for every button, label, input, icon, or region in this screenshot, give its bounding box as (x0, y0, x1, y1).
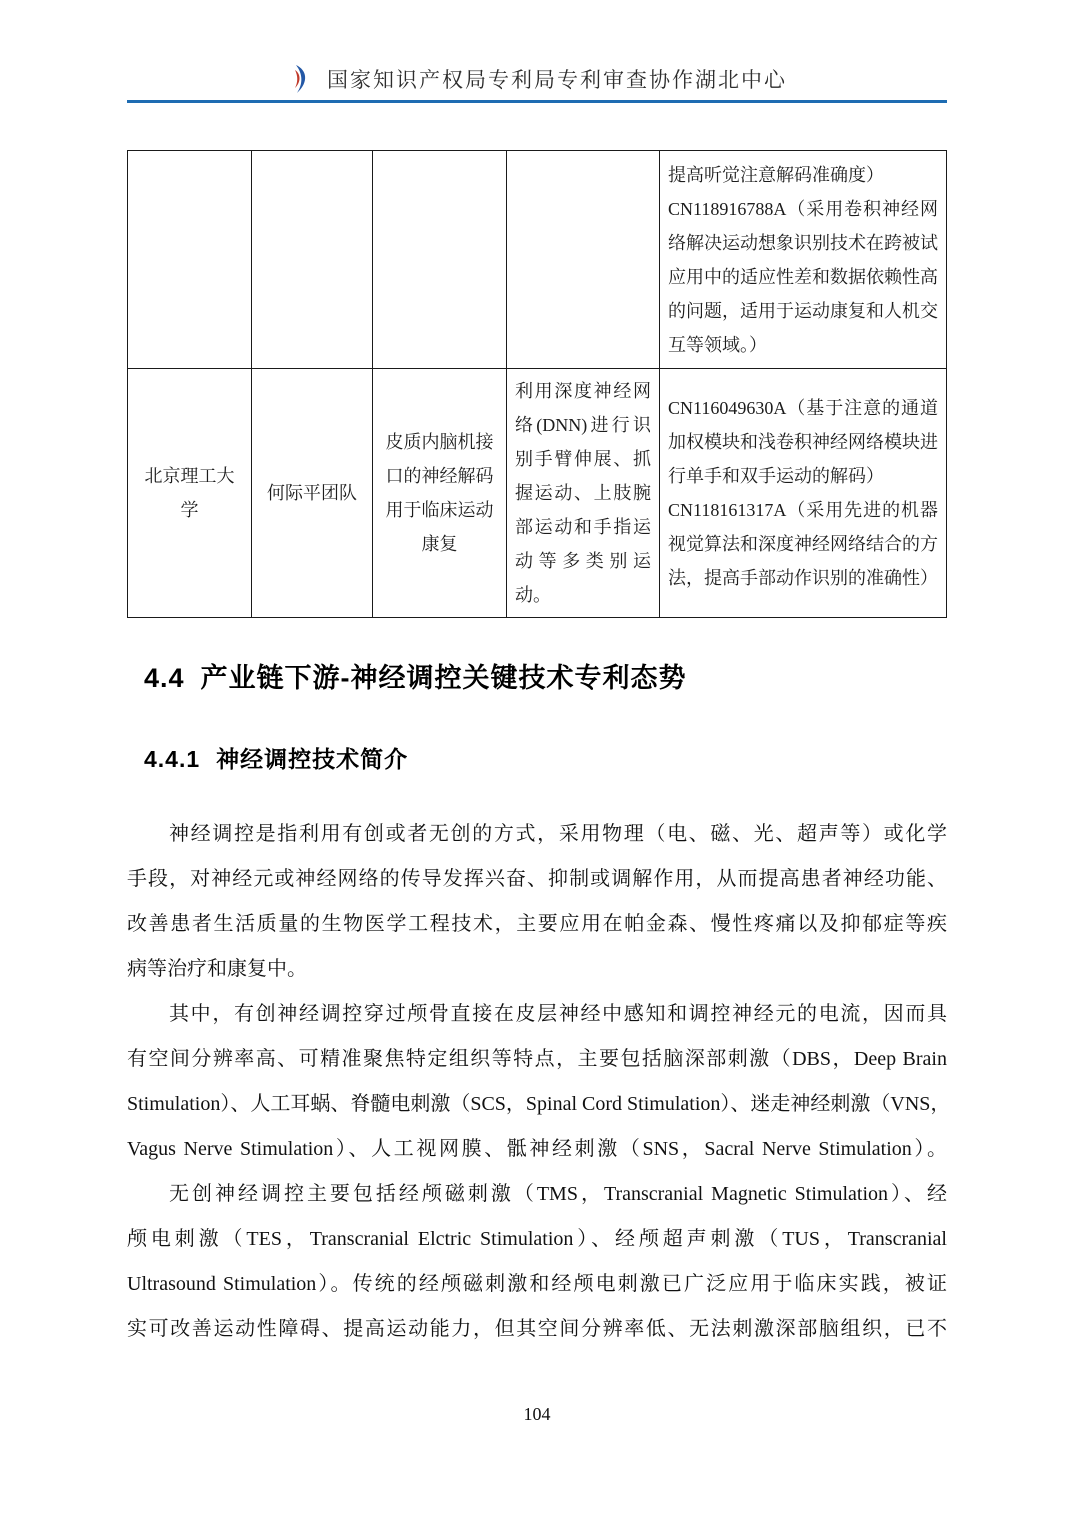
paragraph-line: 神经调控是指利用有创或者无创的方式，采用物理（电、磁、光、超声等）或化学 (127, 812, 947, 857)
paragraph-line: 手段，对神经元或神经网络的传导发挥兴奋、抑制或调解作用，从而提高患者神经功能、 (127, 857, 947, 902)
tech-cell (373, 151, 507, 369)
paragraph: 神经调控是指利用有创或者无创的方式，采用物理（电、磁、光、超声等）或化学 手段，… (127, 812, 947, 992)
tech-cell: 皮质内脑机接口的神经解码用于临床运动康复 (373, 369, 507, 618)
paragraph-line: 无创神经调控主要包括经颅磁刺激（TMS，Transcranial Magneti… (127, 1172, 947, 1217)
page-number: 104 (0, 1404, 1074, 1425)
section-title: 神经调控技术简介 (216, 746, 408, 772)
header-brand: 国家知识产权局专利局专利审查协作湖北中心 (127, 60, 947, 98)
section-number: 4.4 (144, 663, 185, 693)
paragraph-line: 其中，有创神经调控穿过颅骨直接在皮层神经中感知和调控神经元的电流，因而具 (127, 992, 947, 1037)
paragraph-line: Stimulation）、人工耳蜗、脊髓电刺激（SCS，Spinal Cord … (127, 1082, 947, 1127)
patents-cell: CN116049630A（基于注意的通道加权模块和浅卷积神经网络模块进行单手和双… (660, 369, 947, 618)
patent-entry: CN118161317A（采用先进的机器视觉算法和深度神经网络结合的方法，提高手… (668, 493, 938, 595)
team-cell (252, 151, 373, 369)
org-name: 国家知识产权局专利局专利审查协作湖北中心 (327, 64, 787, 94)
paragraph: 其中，有创神经调控穿过颅骨直接在皮层神经中感知和调控神经元的电流，因而具 有空间… (127, 992, 947, 1172)
paragraph-line: 病等治疗和康复中。 (127, 947, 947, 992)
paragraph-line: 实可改善运动性障碍、提高运动能力，但其空间分辨率低、无法刺激深部脑组织，已不 (127, 1307, 947, 1352)
patent-entry: CN116049630A（基于注意的通道加权模块和浅卷积神经网络模块进行单手和双… (668, 391, 938, 493)
patents-cell: 提高听觉注意解码准确度） CN118916788A（采用卷积神经网络解决运动想象… (660, 151, 947, 369)
patent-entry: CN118916788A（采用卷积神经网络解决运动想象识别技术在跨被试应用中的适… (668, 192, 938, 362)
org-logo-icon (287, 64, 313, 94)
section-number: 4.4.1 (144, 746, 200, 772)
page-content: 提高听觉注意解码准确度） CN118916788A（采用卷积神经网络解决运动想象… (127, 150, 947, 1352)
section-heading-4-4-1: 4.4.1神经调控技术简介 (144, 742, 947, 776)
table-row: 提高听觉注意解码准确度） CN118916788A（采用卷积神经网络解决运动想象… (128, 151, 947, 369)
paragraph-line: 颅电刺激（TES，Transcranial Elctric Stimulatio… (127, 1217, 947, 1262)
patent-table: 提高听觉注意解码准确度） CN118916788A（采用卷积神经网络解决运动想象… (127, 150, 947, 618)
org-cell: 北京理工大学 (128, 369, 252, 618)
paragraph-line: 改善患者生活质量的生物医学工程技术，主要应用在帕金森、慢性疼痛以及抑郁症等疾 (127, 902, 947, 947)
document-page: 国家知识产权局专利局专利审查协作湖北中心 提高听觉注意解码准确度） CN1189… (0, 0, 1074, 1520)
desc-cell: 利用深度神经网络(DNN)进行识别手臂伸展、抓握运动、上肢腕部运动和手指运动等多… (507, 369, 660, 618)
section-title: 产业链下游-神经调控关键技术专利态势 (201, 663, 687, 693)
paragraph: 无创神经调控主要包括经颅磁刺激（TMS，Transcranial Magneti… (127, 1172, 947, 1352)
desc-cell (507, 151, 660, 369)
org-cell (128, 151, 252, 369)
paragraph-line: 有空间分辨率高、可精准聚焦特定组织等特点，主要包括脑深部刺激（DBS，Deep … (127, 1037, 947, 1082)
section-heading-4-4: 4.4产业链下游-神经调控关键技术专利态势 (144, 658, 947, 698)
paragraph-line: Vagus Nerve Stimulation）、人工视网膜、骶神经刺激（SNS… (127, 1127, 947, 1172)
body-text: 神经调控是指利用有创或者无创的方式，采用物理（电、磁、光、超声等）或化学 手段，… (127, 812, 947, 1352)
table-row: 北京理工大学 何际平团队 皮质内脑机接口的神经解码用于临床运动康复 利用深度神经… (128, 369, 947, 618)
team-cell: 何际平团队 (252, 369, 373, 618)
header-rule (127, 100, 947, 103)
paragraph-line: Ultrasound Stimulation）。传统的经颅磁刺激和经颅电刺激已广… (127, 1262, 947, 1307)
patent-entry: 提高听觉注意解码准确度） (668, 158, 938, 192)
page-header: 国家知识产权局专利局专利审查协作湖北中心 (127, 0, 947, 103)
